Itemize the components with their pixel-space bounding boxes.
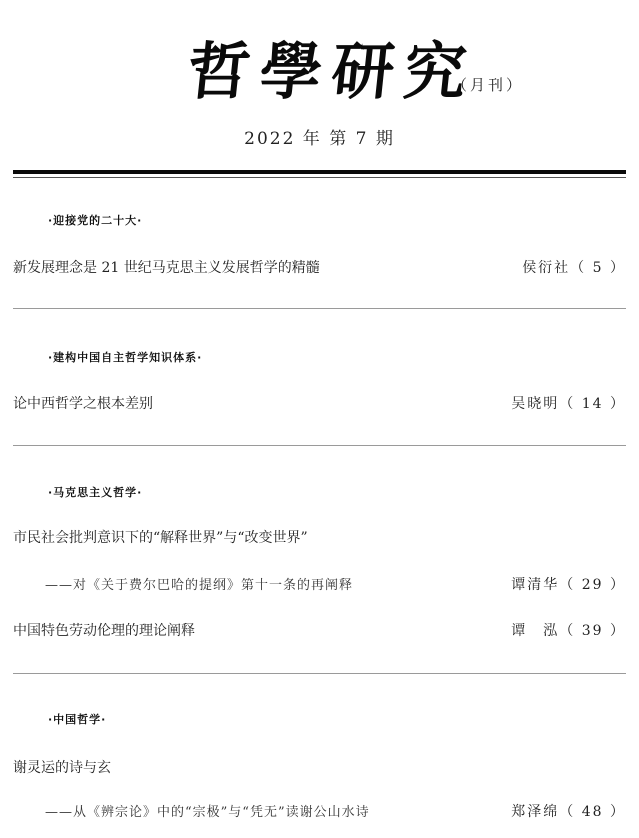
article-subtitle[interactable]: ——对《关于费尔巴哈的提纲》第十一条的再阐释 <box>45 574 353 593</box>
author-page: 郑泽绵（ 48 ） <box>511 801 626 821</box>
article-title[interactable]: 新发展理念是 21 世纪马克思主义发展哲学的精髓 <box>13 257 320 277</box>
section-label: ·迎接党的二十大· <box>48 212 142 228</box>
section-label: ·马克思主义哲学· <box>48 484 142 500</box>
article-title[interactable]: 论中西哲学之根本差别 <box>13 393 153 413</box>
article-title[interactable]: 市民社会批判意识下的“解释世界”与“改变世界” <box>13 527 308 547</box>
author-page: 谭清华（ 29 ） <box>511 574 626 594</box>
section-divider <box>13 445 626 446</box>
article-title[interactable]: 中国特色劳动伦理的理论阐释 <box>13 620 195 640</box>
author-page: 侯衍社（ 5 ） <box>522 257 626 277</box>
header-rule-thin <box>13 177 626 178</box>
section-label: ·中国哲学· <box>48 711 106 727</box>
author-page: 吴晓明（ 14 ） <box>511 393 626 413</box>
article-title[interactable]: 谢灵运的诗与玄 <box>13 757 111 777</box>
section-divider <box>13 673 626 674</box>
issue-number: 2022 年 第 7 期 <box>0 124 639 149</box>
author-page: 谭 泓（ 39 ） <box>511 620 626 640</box>
journal-title: 哲學研究 <box>184 32 480 112</box>
article-subtitle[interactable]: ——从《辨宗论》中的“宗极”与“凭无”读谢公山水诗 <box>45 801 370 820</box>
section-divider <box>13 308 626 309</box>
section-label: ·建构中国自主哲学知识体系· <box>48 349 202 365</box>
header-rule-thick <box>13 170 626 174</box>
masthead: 哲學研究 （月刊） <box>0 32 639 112</box>
journal-frequency: （月刊） <box>452 74 524 95</box>
